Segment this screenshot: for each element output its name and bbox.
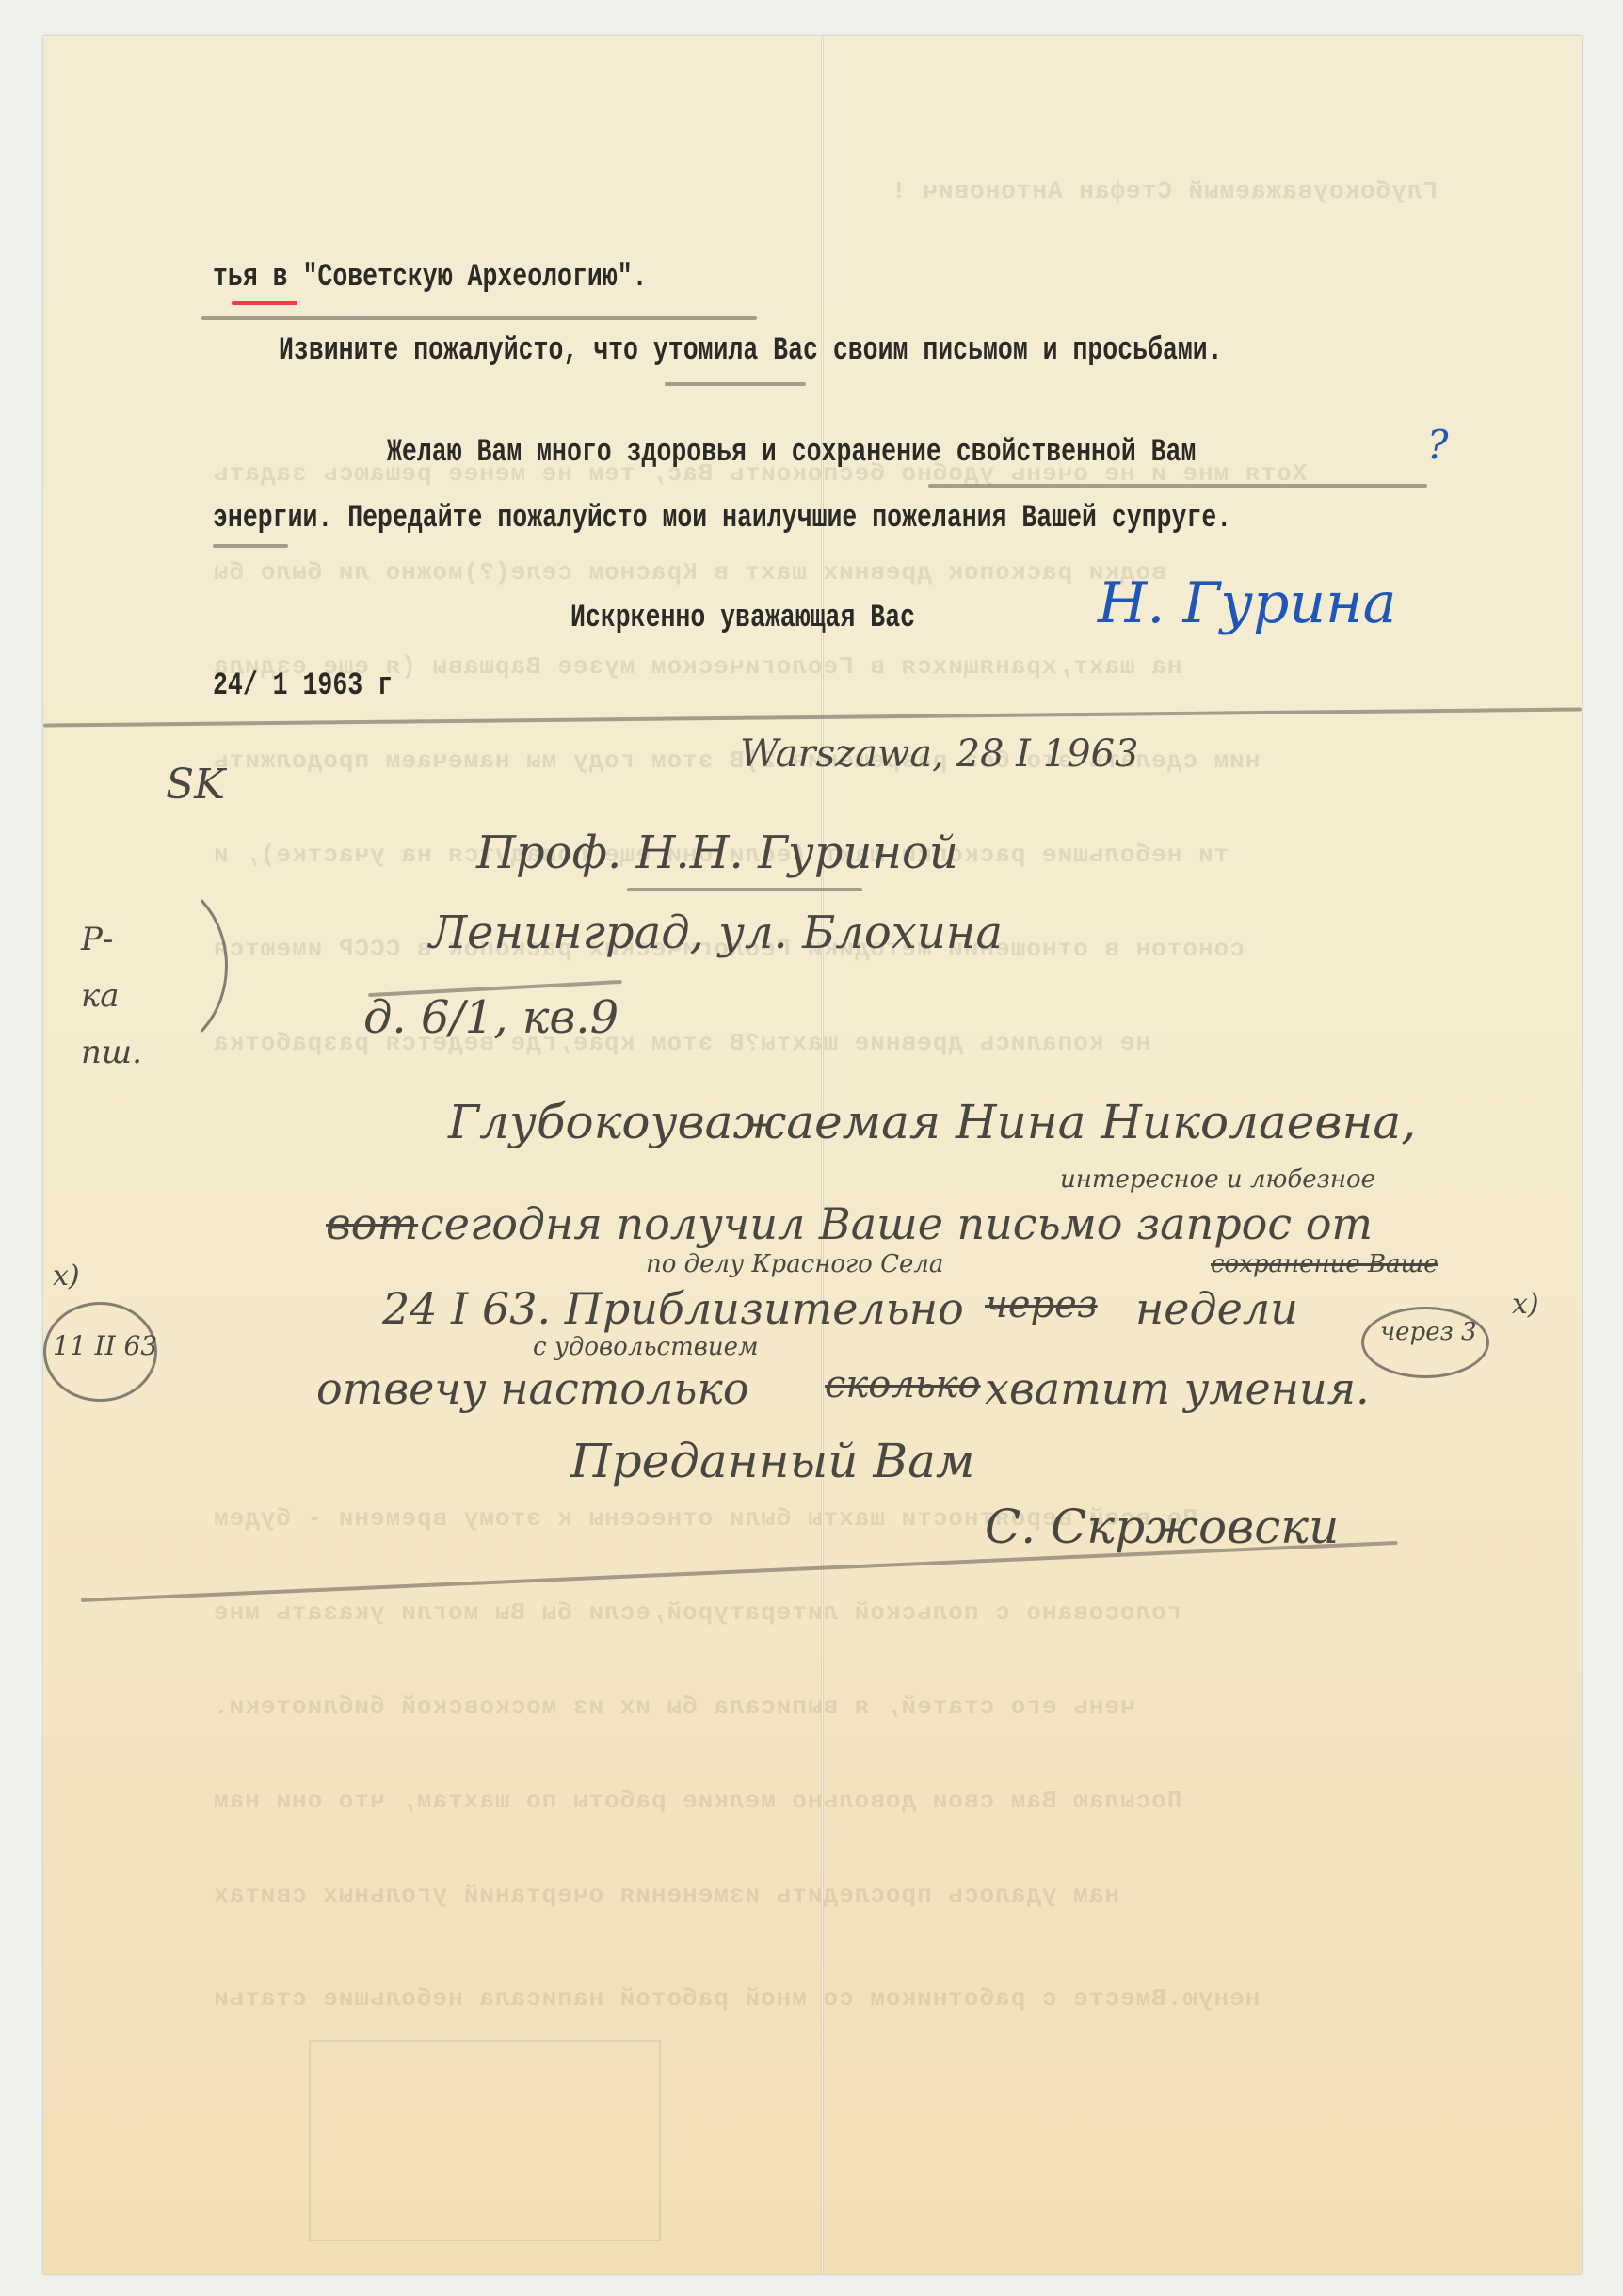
pencil-underline [627,888,862,891]
typed-line-2: Извините пожалуйсто, что утомила Вас сво… [279,333,1223,369]
pencil-separator-line [81,1541,1398,1602]
letter-paper: Глубокоуважаемый Стефан Антонович ! Хотя… [43,36,1582,2274]
valediction: Преданный Вам [570,1434,974,1488]
pencil-separator-line [43,707,1582,727]
insert-above: интересное и любезное [1060,1165,1375,1194]
margin-note-bracket [62,874,228,1058]
pencil-underline [665,382,806,386]
margin-date-circled: 11 II 63 [53,1330,157,1361]
reply-body-line-3-end: недели [1135,1283,1298,1334]
pencil-underline [213,544,288,548]
reply-place-date: Warszawa, 28 I 1963 [740,732,1139,776]
reply-initials: SK [166,761,225,809]
bleed-through-stamp [309,2040,661,2241]
reply-body-line-4: отвечу настолько [316,1363,749,1414]
bleed-through-text: голосовано с польской литературой,если б… [213,1598,1181,1627]
typed-date: 24/ 1 1963 г [213,668,393,704]
struck-word: через [985,1283,1098,1326]
struck-phrase: сохранение Ваше [1211,1250,1438,1278]
bleed-through-text: не копались древние шахты?В этом крае,гд… [213,1029,1150,1057]
paper-fold [821,36,824,2274]
pencil-underline [201,316,757,320]
circled-note-text: через 3 [1380,1318,1477,1346]
reply-body-line-3: 24 I 63. Приблизительно [382,1283,964,1334]
typed-line-3: Желаю Вам много здоровья и сохранение св… [387,435,1196,471]
bleed-through-text: нам удалось проследить изменения очертан… [213,1881,1119,1909]
author-signature: Н. Гурина [1098,570,1396,636]
reply-body-line-1: сегодня получил Ваше письмо запрос от [420,1198,1373,1249]
struck-word: вот [326,1198,418,1249]
bleed-through-text: Посылаю Вам свои довольно мелкие работы … [213,1787,1181,1815]
insert-with-pleasure: с удовольствием [533,1333,759,1361]
struck-word: сколько [825,1363,981,1406]
bleed-through-text: водки раскопок древних шахт в Красном се… [213,558,1166,586]
typed-closing: Искркенно уважающая Вас [570,601,915,636]
bleed-through-text: Глубокоуважаемый Стефан Антонович ! [891,177,1438,205]
bleed-through-text: неную.Вместе с работником со мной работо… [213,1984,1260,2013]
insert-by-krasnoe-selo: по делу Красного Села [646,1250,943,1278]
salutation: Глубокоуважаемая Нина Николаевна, [448,1095,1416,1149]
margin-mark-right: x) [1512,1288,1539,1321]
typed-line-4: энергии. Передайте пожалуйсто мои наилуч… [213,501,1231,537]
addressee: Проф. Н.Н. Гуриной [476,827,958,879]
margin-mark-left: x) [53,1260,80,1293]
address-line-1: Ленинград, ул. Блохина [429,907,1003,959]
red-underline [232,301,297,305]
reply-body-line-4-end: хватит умения. [985,1363,1370,1414]
typed-line-1: тья в "Советскую Археологию". [213,260,648,296]
question-mark-note: ? [1427,422,1449,468]
bleed-through-text: чень его статей, я выписала бы их из мос… [213,1693,1135,1721]
address-line-2: д. 6/1, кв.9 [363,991,619,1044]
pencil-underline [928,484,1427,488]
